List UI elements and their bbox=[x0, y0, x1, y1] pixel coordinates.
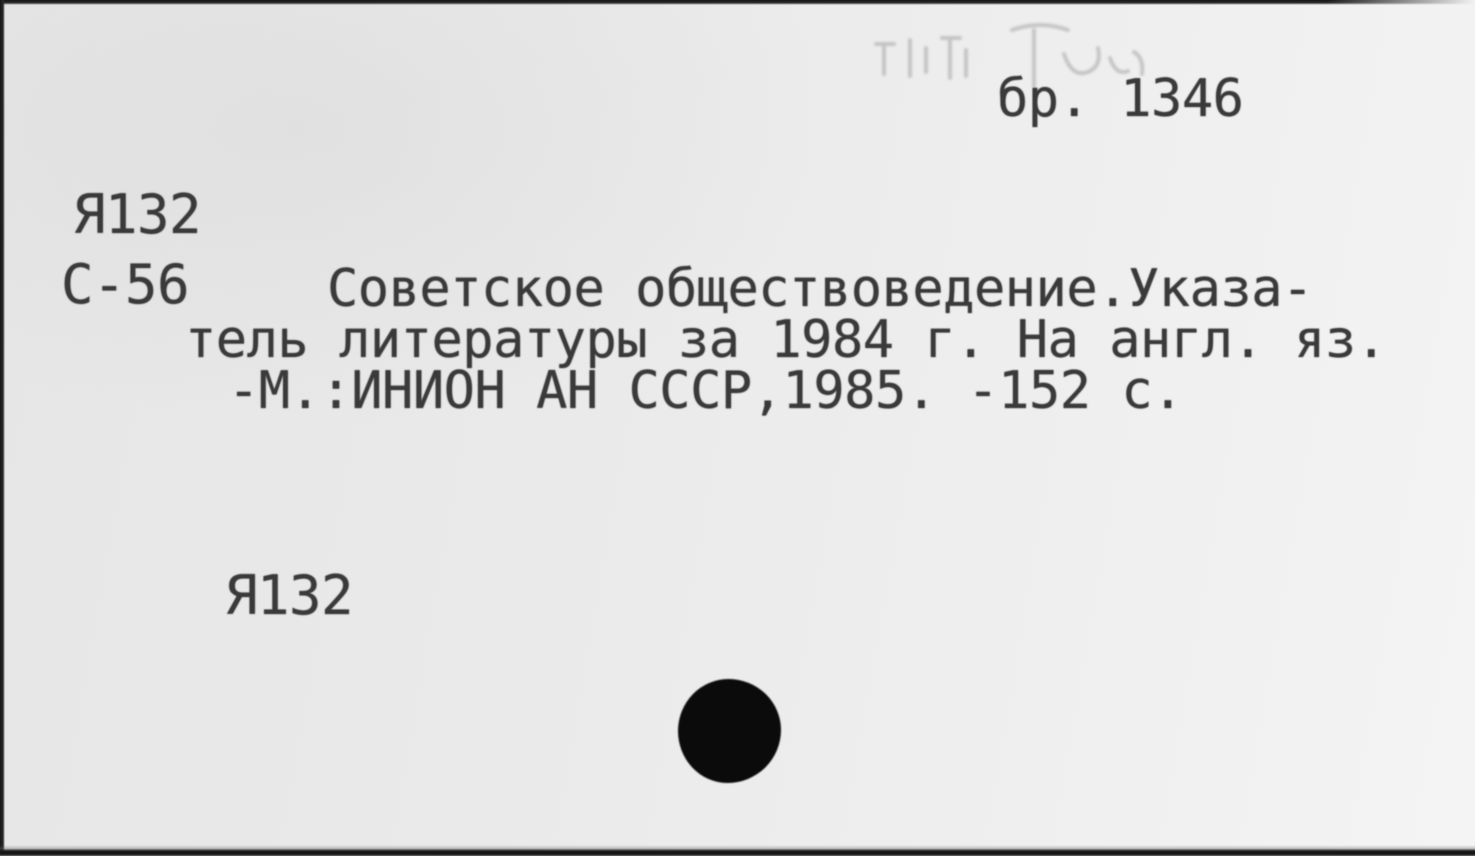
call-number-class: Я132 bbox=[73, 189, 201, 240]
author-cutter-mark: С-56 bbox=[61, 259, 189, 310]
entry-line-3: -М.:ИНИОН АН СССР,1985. -152 с. bbox=[185, 366, 1386, 417]
entry-line-1: Советское обществоведение.Указа- bbox=[185, 264, 1386, 315]
bibliographic-entry: Советское обществоведение.Указа- тель ли… bbox=[185, 264, 1386, 417]
card-top-edge bbox=[0, 0, 1475, 5]
punch-hole-dot bbox=[678, 679, 781, 783]
catalog-card: бр. 1346 Я132 С-56 Советское обществовед… bbox=[0, 0, 1475, 856]
entry-line-2: тель литературы за 1984 г. На англ. яз. bbox=[185, 315, 1386, 366]
call-number-bottom: Я132 bbox=[225, 570, 353, 621]
shelf-code: бр. 1346 bbox=[997, 74, 1243, 125]
card-left-edge bbox=[0, 0, 5, 856]
card-bottom-edge bbox=[0, 845, 1475, 856]
